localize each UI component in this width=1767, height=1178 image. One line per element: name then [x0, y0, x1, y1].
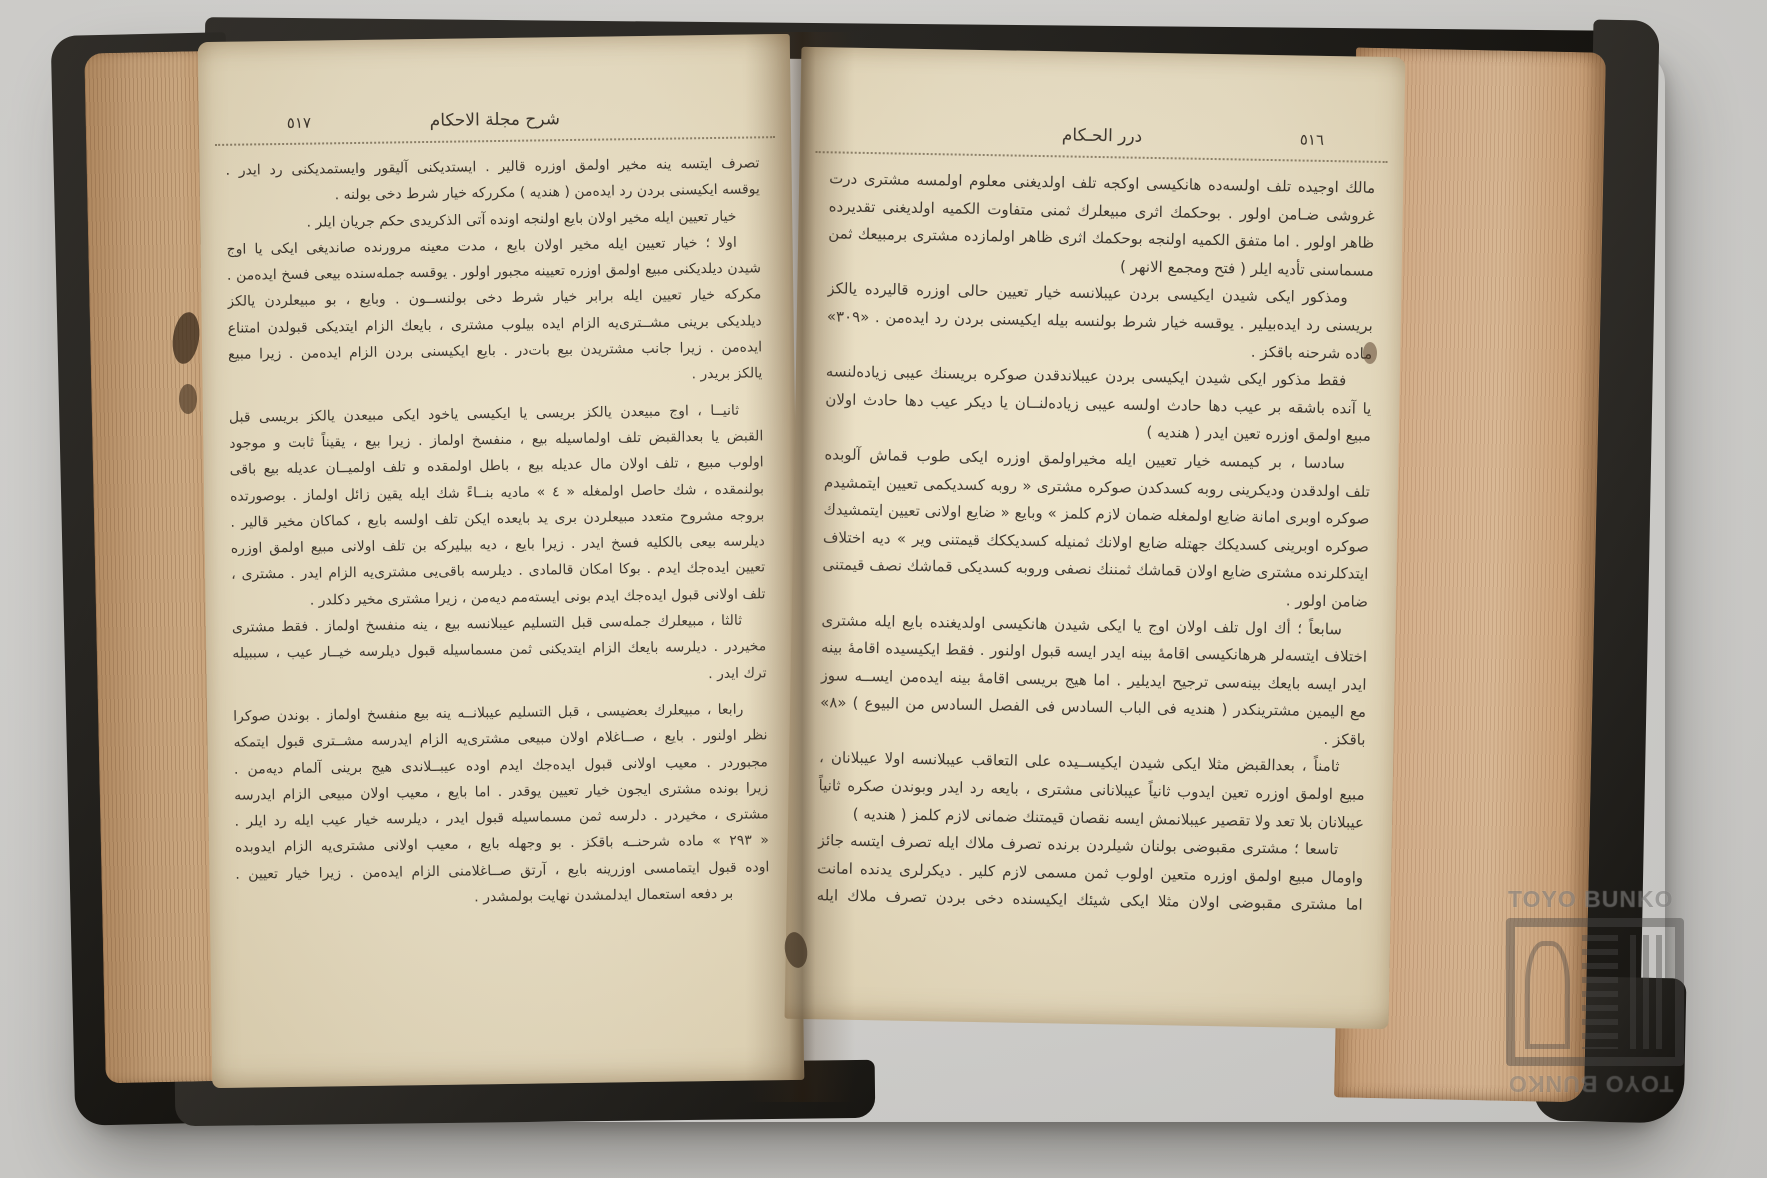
right-page: ٥١٦ درر الحـكام مالك اوجيده تلف اولسه‌ده… [785, 47, 1406, 1029]
left-header-rule [215, 136, 775, 146]
left-page: ٥١٧ شرح مجلة الاحكام تصرف ايتسه ينه مخير… [198, 34, 805, 1088]
right-page-number: ٥١٦ [1300, 131, 1324, 149]
ink-stain [1363, 342, 1377, 364]
left-page-text: تصرف ايتسه ينه مخير اولمق اوزره قالير . … [225, 150, 770, 914]
ink-stain [179, 384, 197, 414]
open-book: ٥١٧ شرح مجلة الاحكام تصرف ايتسه ينه مخير… [55, 12, 1660, 1137]
right-page-title: درر الحـكام [830, 121, 1374, 150]
left-page-number: ٥١٧ [287, 114, 311, 132]
right-page-header: ٥١٦ درر الحـكام [830, 121, 1374, 150]
right-header-rule [816, 151, 1388, 163]
left-page-header: ٥١٧ شرح مجلة الاحكام [229, 106, 761, 133]
book-photograph: ٥١٧ شرح مجلة الاحكام تصرف ايتسه ينه مخير… [0, 0, 1767, 1178]
right-page-text: مالك اوجيده تلف اولسه‌ده هانكيسى اوكجه ت… [816, 165, 1375, 919]
